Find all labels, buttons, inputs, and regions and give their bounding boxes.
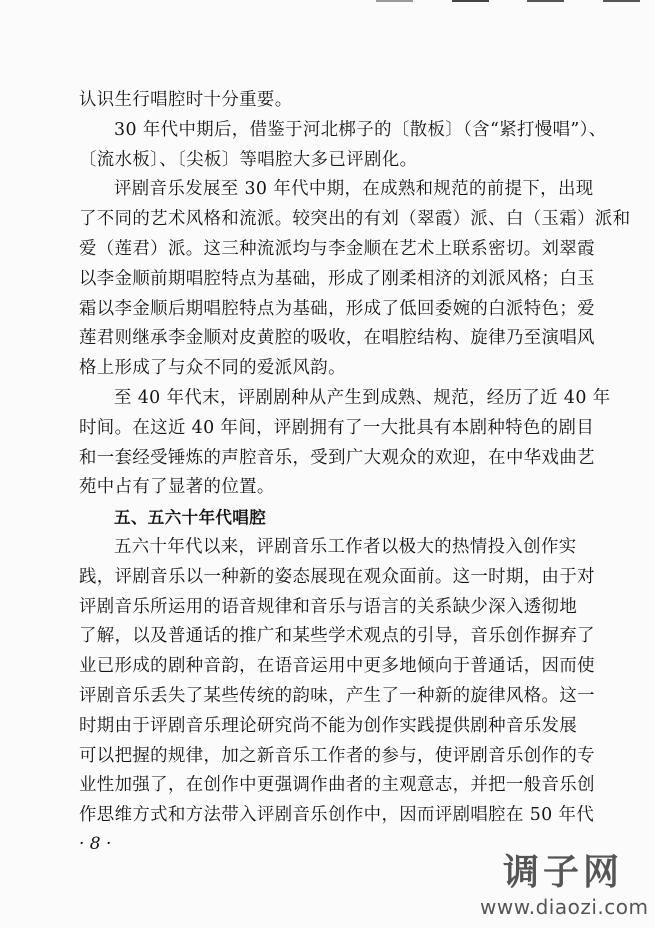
paragraph-line: 五六十年代以来，评剧音乐工作者以极大的热情投入创作实 (79, 533, 571, 563)
paragraph-line: 〔流水板〕、〔尖板〕等唱腔大多已评剧化。 (79, 146, 571, 176)
paragraph-line: 了解，以及普通话的推广和某些学术观点的引导，音乐创作摒弃了 (79, 622, 571, 652)
top-bar (376, 0, 413, 2)
page-number: · 8 · (79, 834, 111, 854)
paragraph-line: 莲君则继承李金顺对皮黄腔的吸收，在唱腔结构、旋律乃至演唱风 (79, 324, 571, 354)
paragraph-line: 时期由于评剧音乐理论研究尚不能为创作实践提供剧种音乐发展 (79, 712, 571, 742)
paragraph-line: 践，评剧音乐以一种新的姿态展现在观众面前。这一时期，由于对 (79, 563, 571, 593)
section-heading: 五、五六十年代唱腔 (79, 503, 571, 533)
paragraph-line: 爱（莲君）派。这三种流派均与李金顺在艺术上联系密切。刘翠霞 (79, 235, 571, 265)
paragraph-line: 业已形成的剧种音韵，在语音运用中更多地倾向于普通话，因而使 (79, 652, 571, 682)
paragraph-line: 苑中占有了显著的位置。 (79, 473, 571, 503)
watermark-title: 调子网 (488, 852, 638, 894)
top-bar (527, 0, 564, 2)
paragraph-line: 以李金顺前期唱腔特点为基础，形成了刚柔相济的刘派风格；白玉 (79, 265, 571, 295)
paragraph-line: 和一套经受锤炼的声腔音乐，受到广大观众的欢迎，在中华戏曲艺 (79, 444, 571, 474)
watermark: 调子网 www.diaozi.com (488, 852, 638, 920)
paragraph-line: 认识生行唱腔时十分重要。 (79, 86, 571, 116)
paragraph-line: 至 40 年代末，评剧剧种从产生到成熟、规范，经历了近 40 年 (79, 384, 571, 414)
paragraph-line: 评剧音乐发展至 30 年代中期，在成熟和规范的前提下，出现 (79, 175, 571, 205)
paragraph-line: 时间。在这近 40 年间，评剧拥有了一大批具有本剧种特色的剧目 (79, 414, 571, 444)
top-bar (603, 0, 640, 2)
paragraph-line: 可以把握的规律，加之新音乐工作者的参与，使评剧音乐创作的专 (79, 742, 571, 772)
paragraph-line: 作思维方式和方法带入评剧音乐创作中，因而评剧唱腔在 50 年代 (79, 801, 571, 831)
paragraph-line: 了不同的艺术风格和流派。较突出的有刘（翠霞）派、白（玉霜）派和 (79, 205, 571, 235)
paragraph-line: 30 年代中期后，借鉴于河北梆子的〔散板〕（含“紧打慢唱”）、 (79, 116, 571, 146)
watermark-url: www.diaozi.com (480, 894, 638, 920)
paragraph-line: 评剧音乐所运用的语音规律和音乐与语言的关系缺少深入透彻地 (79, 593, 571, 623)
paragraph-line: 评剧音乐丢失了某些传统的韵味，产生了一种新的旋律风格。这一 (79, 682, 571, 712)
paragraph-line: 业性加强了，在创作中更强调作曲者的主观意志，并把一般音乐创 (79, 771, 571, 801)
top-bar (452, 0, 489, 2)
paragraph-line: 格上形成了与众不同的爱派风韵。 (79, 354, 571, 384)
paragraph-line: 霜以李金顺后期唱腔特点为基础，形成了低回委婉的白派特色；爱 (79, 295, 571, 325)
page-body: 认识生行唱腔时十分重要。30 年代中期后，借鉴于河北梆子的〔散板〕（含“紧打慢唱… (79, 86, 571, 831)
